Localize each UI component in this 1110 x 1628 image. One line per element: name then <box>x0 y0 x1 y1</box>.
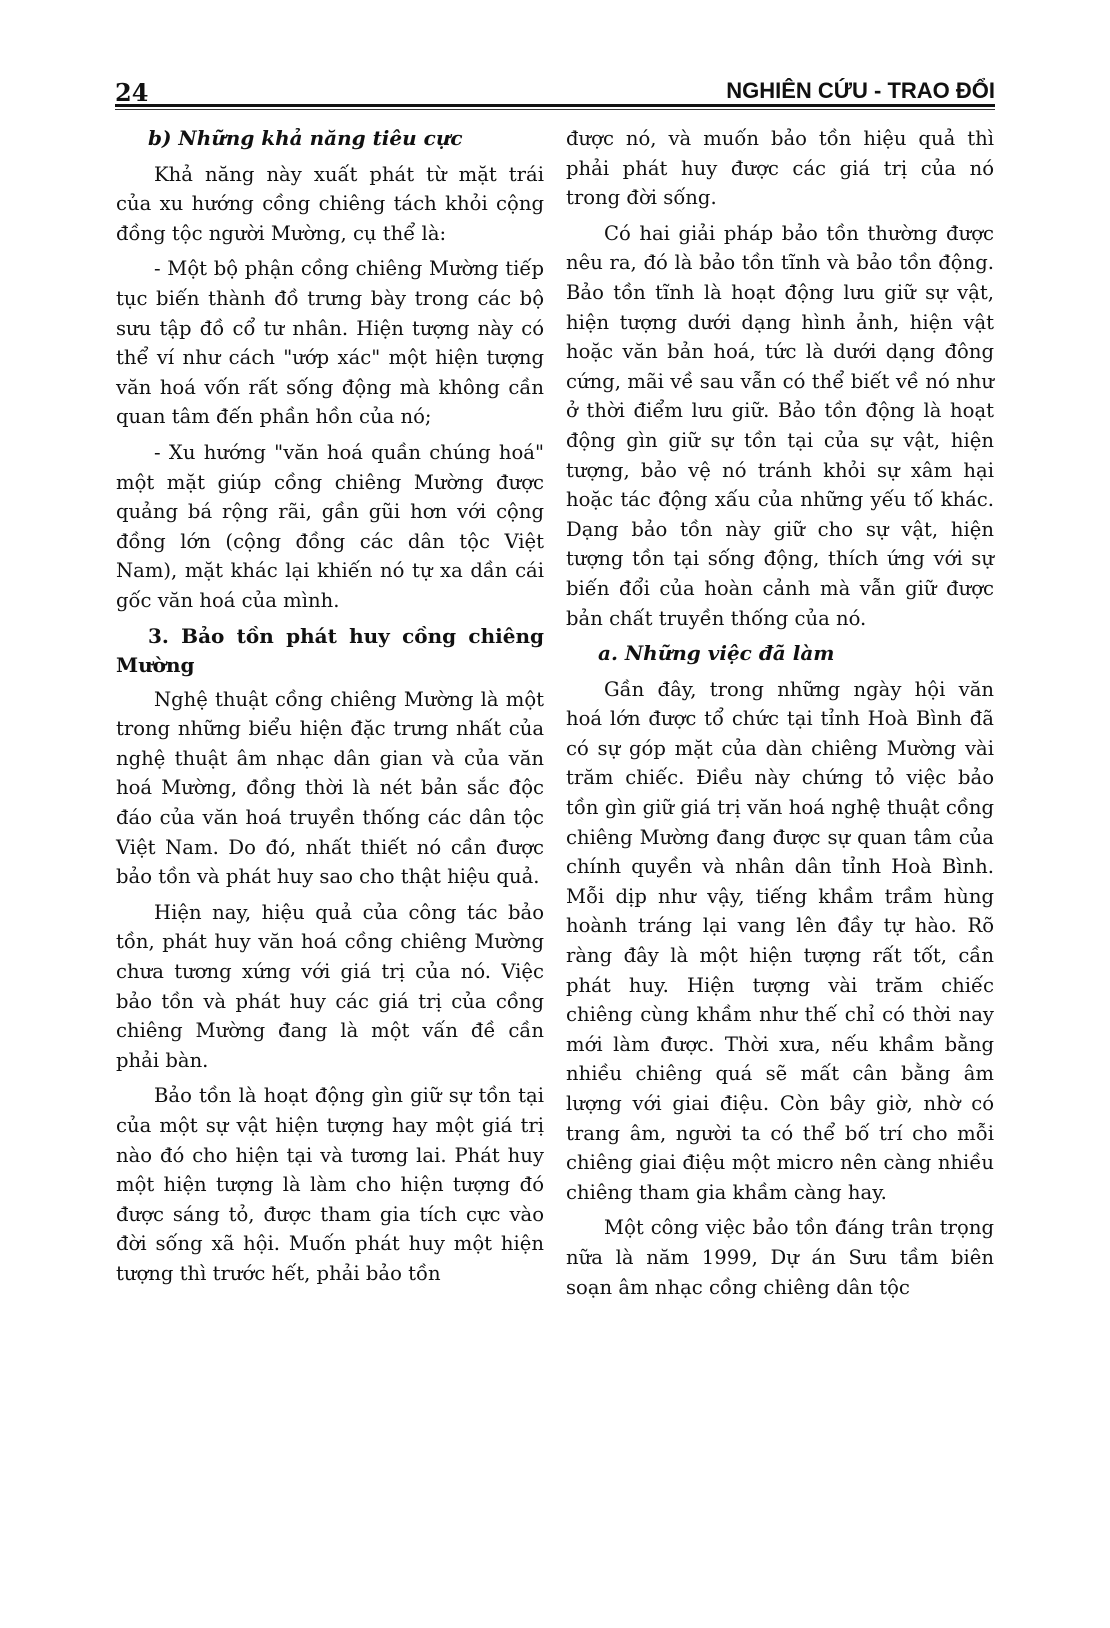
paragraph: Bảo tồn là hoạt động gìn giữ sự tồn tại … <box>116 1081 544 1288</box>
bullet-paragraph: - Một bộ phận cồng chiêng Mường tiếp tục… <box>116 254 544 432</box>
running-header: 24 NGHIÊN CỨU - TRAO ĐỔI <box>115 74 995 108</box>
page-number: 24 <box>115 78 148 107</box>
bullet-paragraph: - Xu hướng "văn hoá quần chúng hoá" một … <box>116 438 544 616</box>
paragraph: Có hai giải pháp bảo tồn thường được nêu… <box>566 219 994 633</box>
header-rule-thin <box>115 109 995 110</box>
paragraph: Hiện nay, hiệu quả của công tác bảo tồn,… <box>116 898 544 1076</box>
paragraph-continued: được nó, và muốn bảo tồn hiệu quả thì ph… <box>566 124 994 213</box>
document-page: 24 NGHIÊN CỨU - TRAO ĐỔI b) Những khả nă… <box>0 0 1110 1628</box>
subheading-things-done: a. Những việc đã làm <box>566 639 994 669</box>
paragraph: Nghệ thuật cồng chiêng Mường là một tron… <box>116 685 544 892</box>
header-rule <box>115 104 995 107</box>
paragraph: Gần đây, trong những ngày hội văn hoá lớ… <box>566 675 994 1208</box>
paragraph: Một công việc bảo tồn đáng trân trọng nữ… <box>566 1213 994 1302</box>
section-title: NGHIÊN CỨU - TRAO ĐỔI <box>726 78 995 104</box>
paragraph: Khả năng này xuất phát từ mặt trái của x… <box>116 160 544 249</box>
section-heading-preservation: 3. Bảo tồn phát huy cồng chiêng Mường <box>116 622 544 681</box>
right-column: được nó, và muốn bảo tồn hiệu quả thì ph… <box>566 124 994 1308</box>
left-column: b) Những khả năng tiêu cực Khả năng này … <box>116 124 544 1295</box>
subheading-negative-possibilities: b) Những khả năng tiêu cực <box>116 124 544 154</box>
